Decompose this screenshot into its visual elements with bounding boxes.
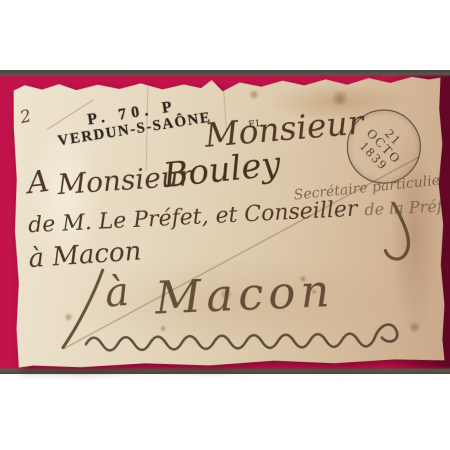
- manuscript-corner-mark: 2: [18, 106, 33, 128]
- postal-cover-letter: 2 P. 70. P VERDUN-S-SAÔNE 21 OCTO 1839 M…: [12, 75, 446, 370]
- address-line2-prefix: A: [25, 164, 51, 201]
- address-recipient-name: Bouley: [161, 144, 282, 196]
- linear-postmark: P. 70. P VERDUN-S-SAÔNE: [37, 91, 230, 153]
- small-ink-mark: FL: [248, 119, 263, 131]
- address-line3-faint: de la Préfecture: [364, 194, 450, 220]
- address-line3-main: de M. Le Préfet, et Conseiller: [28, 196, 365, 238]
- paper-stain: [160, 325, 167, 332]
- destination-city: Macon: [154, 264, 335, 324]
- aged-paper: 2 P. 70. P VERDUN-S-SAÔNE 21 OCTO 1839 M…: [12, 75, 446, 370]
- paper-stain: [63, 312, 73, 321]
- screenshot-root: { "photo": { "background_color": "#c3134…: [0, 0, 450, 450]
- paper-stain: [248, 89, 260, 99]
- destination-prefix: à: [103, 269, 131, 317]
- paper-stain: [408, 321, 422, 333]
